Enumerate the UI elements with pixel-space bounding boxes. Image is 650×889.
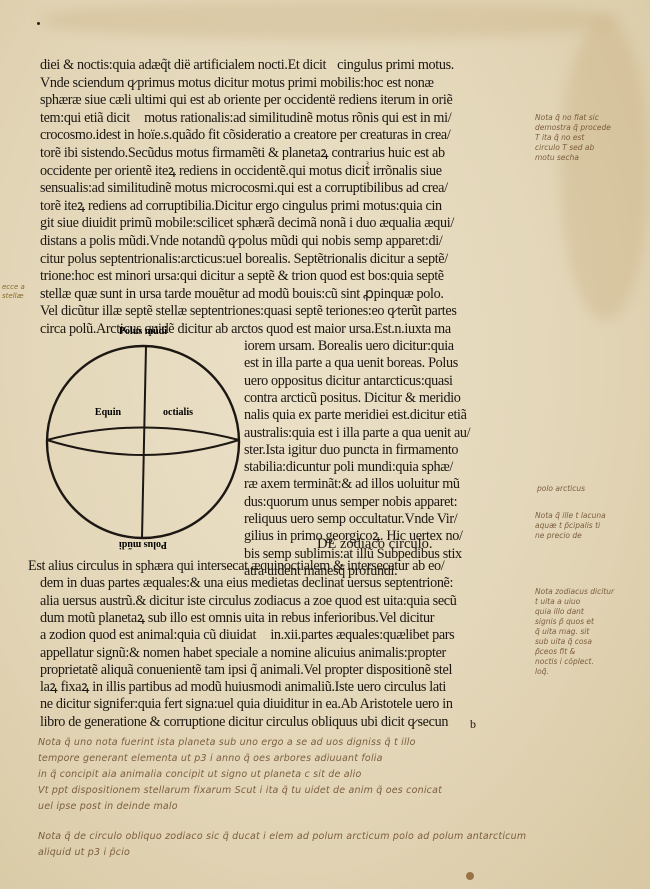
annotation-line: ecce a bbox=[2, 283, 25, 292]
text-line: est in illa parte a qua uenit boreas. Po… bbox=[244, 355, 518, 373]
text-line: appellatur signũ:& nomen habet speciale … bbox=[40, 645, 517, 663]
text-line: torẽ ibi sistendo.Secũdus motus firmamẽt… bbox=[40, 145, 517, 163]
annotation-line: tempore generant elementa ut p3 i anno q… bbox=[38, 751, 526, 767]
annotation-line: aliquid ut p3 i p̃cio bbox=[38, 845, 526, 861]
diagram-label-south-pole: Polus mũdi bbox=[119, 539, 167, 550]
ink-dot bbox=[37, 22, 40, 25]
annotation-line: ne precio de bbox=[535, 531, 606, 541]
annotation-line: uel ipse post in deinde malo bbox=[38, 799, 526, 815]
section-heading: DE zodiaco circulo. bbox=[317, 536, 433, 553]
text-line: Vnde sciendum q̷ primus motus dicitur mo… bbox=[40, 75, 517, 93]
text-line: nalis quia ex parte meridiei est.dicitur… bbox=[244, 407, 518, 425]
annotation-line: Nota q̃ ille t lacuna bbox=[535, 511, 606, 521]
paper-stain bbox=[40, 0, 620, 40]
annotation-line: aquæ t p̃cipalis ti bbox=[535, 521, 606, 531]
annotation-line: demostra q̃ procede bbox=[535, 123, 611, 133]
diagram-label-octialis: octialis bbox=[163, 407, 193, 418]
annotation-line: Nota q̃ uno nota fuerint ista planeta su… bbox=[38, 735, 526, 751]
text-line: dus:quorum unus semper nobis apparet: bbox=[244, 494, 518, 512]
text-line: ster.Ista igitur duo puncta in firmament… bbox=[244, 442, 518, 460]
annotation-line: q̃ uita mag. sit bbox=[535, 627, 614, 637]
text-line: diei & noctis:quia adæq̃t dië artificial… bbox=[40, 57, 517, 75]
marginal-note-right-short: polo arcticus bbox=[537, 484, 585, 494]
text-line: tem:qui etiã dicitᷣ motus rationalis:ad … bbox=[40, 110, 517, 128]
text-line: alia uersus austrũ.& dicitur iste circul… bbox=[40, 593, 517, 611]
marginal-note-bottom: Nota q̃ uno nota fuerint ista planeta su… bbox=[38, 735, 526, 861]
annotation-line: signis p̃ quos et bbox=[535, 617, 614, 627]
marginal-note-left: ecce astellæ bbox=[2, 283, 25, 301]
text-line: uero oppositus dicitur antarcticus:quasi bbox=[244, 373, 518, 391]
marginal-note-right-middle: Nota q̃ ille t lacunaaquæ t p̃cipalis ti… bbox=[535, 511, 606, 541]
text-line: git siue diuidit primũ mobile:scilicet s… bbox=[40, 215, 517, 233]
annotation-line: stellæ bbox=[2, 292, 25, 301]
text-line: proprietatẽ aliquã conuenientẽ tam ipsi … bbox=[40, 662, 517, 680]
text-line: reliquus uero semp occultatur.Vnde Vir/ bbox=[244, 511, 518, 529]
text-line: libro de generatione & corruptione dicit… bbox=[40, 714, 517, 732]
manuscript-page: diei & noctis:quia adæq̃t dië artificial… bbox=[0, 0, 650, 889]
text-line: laꝝ fixaꝝ in illis partibus ad modũ huiu… bbox=[40, 679, 517, 697]
annotation-line: Nota q̃ no fiat sic bbox=[535, 113, 611, 123]
paper-stain bbox=[560, 20, 650, 320]
text-line: torẽ iteꝝ rediens ad corruptibilia.Dicit… bbox=[40, 198, 517, 216]
text-line: dum motũ planetaꝝ sub illo est omnis uit… bbox=[40, 610, 517, 628]
annotation-line: T ita q̃ no est bbox=[535, 133, 611, 143]
text-line: stellæ quæ sunt in ursa tarde mouẽtur ad… bbox=[40, 286, 517, 304]
text-line: crocosmo.idest in hoïe.s.quãdo fit cõsid… bbox=[40, 127, 517, 145]
annotation-line: p̃ceos fit & bbox=[535, 647, 614, 657]
text-line: occidente per orientẽ iteꝝ rediens in oc… bbox=[40, 163, 517, 181]
text-line: trione:hoc est minori ursa:qui dicitur a… bbox=[40, 268, 517, 286]
diagram-label-equin: Equin bbox=[95, 407, 122, 418]
text-line: iorem ursam. Borealis uero dicitur:quia bbox=[244, 338, 518, 356]
text-line: Vel dicũtur illæ septẽ stellæ septentrio… bbox=[40, 303, 517, 321]
marginal-note-right-lower: Nota zodiacus diciturt uita a uiuoquia i… bbox=[535, 587, 614, 677]
diagram-label-north-pole: Polus mũdi bbox=[119, 326, 167, 337]
text-line: ne dicitur signifer:quia fert signa:uel … bbox=[40, 696, 517, 714]
annotation-line: Nota q̃ de circulo obliquo zodiaco sic q… bbox=[38, 829, 526, 845]
ink-blot bbox=[466, 872, 474, 880]
annotation-line: quia illo dant bbox=[535, 607, 614, 617]
signature-mark: b bbox=[470, 717, 476, 732]
annotation-line: Nota zodiacus dicitur bbox=[535, 587, 614, 597]
annotation-line: in q̃ concipit aia animalia concipit ut … bbox=[38, 767, 526, 783]
text-line: dem in duas partes æquales:& una eius me… bbox=[40, 575, 517, 593]
annotation-line: circulo T sed ab bbox=[535, 143, 611, 153]
celestial-sphere-diagram-icon: Polus mũdi Equin octialis Polus mũdi bbox=[38, 320, 248, 560]
annotation-line: loq̃. bbox=[535, 667, 614, 677]
text-line: Est alius circulus in sphæra qui interse… bbox=[28, 558, 505, 576]
marginal-note-right-top: Nota q̃ no fiat sicdemostra q̃ procedeT … bbox=[535, 113, 611, 163]
text-line: ræ axem terminãt:& ad illos uoluitur mũ bbox=[244, 476, 518, 494]
annotation-line: t uita a uiuo bbox=[535, 597, 614, 607]
text-line: contra arcticũ positus. Dicitur & meridi… bbox=[244, 390, 518, 408]
text-line: citur polus septentrionalis:arcticus:uel… bbox=[40, 251, 517, 269]
text-line: stabilia:dicuntur poli mundi:quia sphæ/ bbox=[244, 459, 518, 477]
text-line: a zodion quod est animal:quia cũ diuidat… bbox=[40, 627, 517, 645]
annotation-line: sub uita q̃ cosa bbox=[535, 637, 614, 647]
annotation-line: Vt ppt dispositionem stellarum fixarum S… bbox=[38, 783, 526, 799]
text-line: distans a polis mũdi.Vnde notandũ q̷ pol… bbox=[40, 233, 517, 251]
annotation-line: noctis i cõplect. bbox=[535, 657, 614, 667]
text-line: sphæræ siue cæli ultimi qui est ab orien… bbox=[40, 92, 517, 110]
text-line: australis:quia est i illa parte a qua ue… bbox=[244, 425, 518, 443]
annotation-line: motu secha bbox=[535, 153, 611, 163]
text-line: sensualis:ad similitudinẽ motus microcos… bbox=[40, 180, 517, 198]
